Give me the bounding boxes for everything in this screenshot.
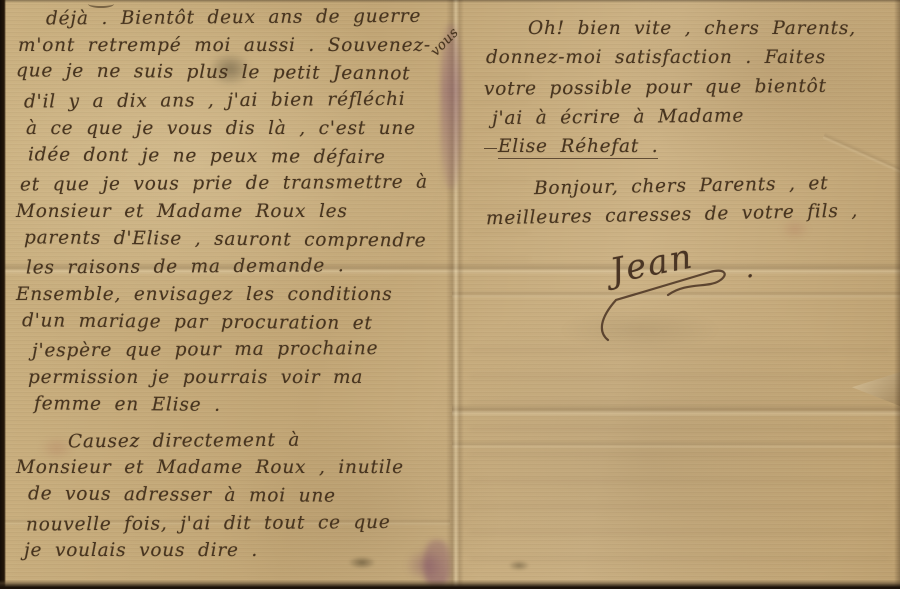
letter-line: idée dont je ne peux me défaire bbox=[28, 141, 452, 172]
letter-line: votre possible pour que bientôt bbox=[484, 71, 894, 104]
letter-line: nouvelle fois, j'ai dit tout ce que bbox=[26, 508, 452, 539]
letter-line: j'ai à écrire à Madame bbox=[492, 100, 894, 134]
letter-line: Oh! bien vite , chers Parents, bbox=[528, 14, 894, 43]
right-page: Oh! bien vite , chers Parents, donnez-mo… bbox=[482, 14, 894, 230]
letter-line: les raisons de ma demande . bbox=[26, 252, 452, 283]
scan-edge-top bbox=[0, 0, 900, 3]
letter-line: femme en Elise . bbox=[34, 390, 452, 421]
scanned-letter: déjà . Bientôt deux ans de guerre m'ont … bbox=[0, 0, 900, 589]
letter-line: déjà . Bientôt deux ans de guerre bbox=[46, 3, 452, 34]
letter-line: Elise Réhefat . bbox=[484, 132, 894, 161]
letter-line: je voulais vous dire . bbox=[24, 537, 452, 565]
dark-speck bbox=[508, 560, 530, 571]
left-page: déjà . Bientôt deux ans de guerre m'ont … bbox=[16, 4, 452, 565]
letter-line: donnez-moi satisfaction . Faites bbox=[486, 43, 894, 72]
letter-line: et que je vous prie de transmettre à bbox=[20, 169, 452, 200]
scan-edge-left bbox=[0, 0, 6, 589]
scan-edge-bottom bbox=[0, 580, 900, 589]
letter-line: d'un mariage par procuration et bbox=[22, 307, 452, 338]
letter-line: permission je pourrais voir ma bbox=[28, 364, 452, 392]
letter-line: Ensemble, envisagez les conditions bbox=[16, 281, 452, 309]
letter-line: parents d'Elise , sauront comprendre bbox=[24, 224, 452, 255]
letter-line: à ce que je vous dis là , c'est une bbox=[26, 115, 452, 143]
letter-line: Monsieur et Madame Roux les bbox=[16, 198, 452, 226]
signature-period: . bbox=[746, 254, 754, 284]
letter-line: Causez directement à bbox=[68, 425, 452, 455]
letter-line: Monsieur et Madame Roux , inutile bbox=[16, 454, 452, 482]
letter-line: que je ne suis plus le petit Jeannot bbox=[16, 58, 452, 89]
underline-dash bbox=[484, 148, 497, 149]
horizontal-fold-crease bbox=[452, 440, 900, 449]
letter-line: j'espère que pour ma prochaine bbox=[32, 335, 452, 366]
letter-line: d'il y a dix ans , j'ai bien réfléchi bbox=[24, 86, 452, 117]
horizontal-fold-crease bbox=[452, 404, 900, 417]
scan-edge-right bbox=[894, 0, 900, 589]
letter-line: m'ont retrempé moi aussi . Souvenez- bbox=[18, 32, 452, 60]
letter-line: de vous adresser à moi une bbox=[28, 480, 452, 511]
signature-block: Jean . bbox=[588, 238, 778, 338]
underlined-name: Elise Réhefat . bbox=[498, 136, 658, 159]
